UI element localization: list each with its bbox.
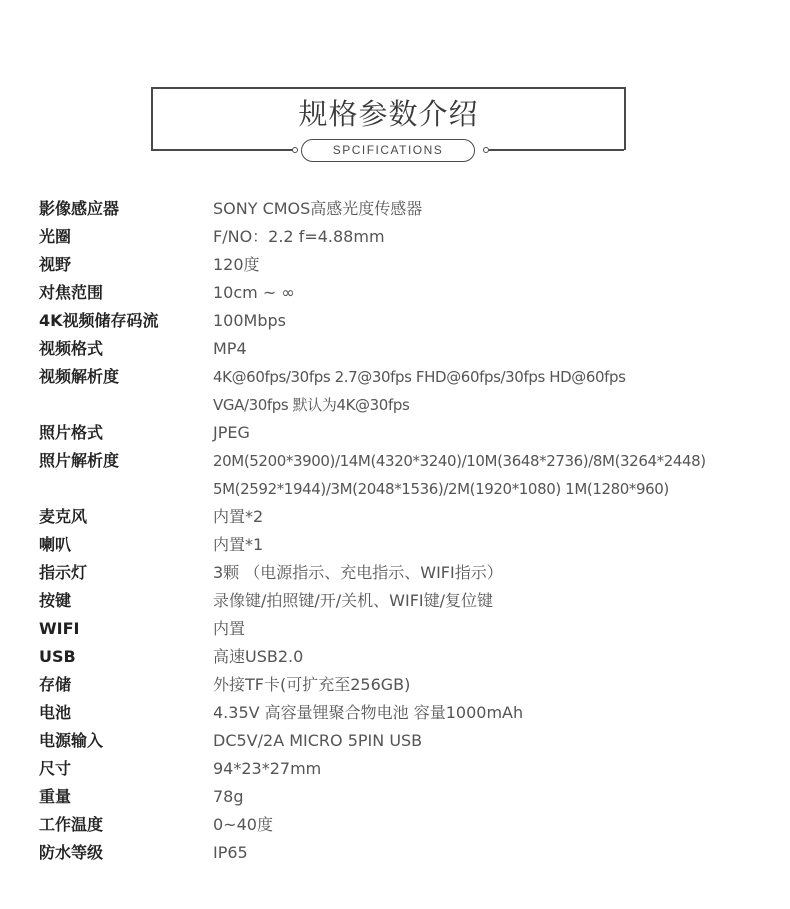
spec-value: F/NO：2.2 f=4.88mm — [213, 223, 779, 251]
spec-value-line: 100Mbps — [213, 307, 779, 335]
spec-row-video-format: 视频格式 MP4 — [39, 335, 779, 363]
spec-value: SONY CMOS高感光度传感器 — [213, 195, 779, 223]
spec-value-line: 内置*1 — [213, 531, 779, 559]
spec-label: 喇叭 — [39, 531, 213, 559]
spec-value-line: 4.35V 高容量锂聚合物电池 容量1000mAh — [213, 699, 779, 727]
spec-value: 10cm ~ ∞ — [213, 279, 779, 307]
spec-row-storage: 存储 外接TF卡(可扩充至256GB) — [39, 671, 779, 699]
spec-value: DC5V/2A MICRO 5PIN USB — [213, 727, 779, 755]
spec-table: 影像感应器 SONY CMOS高感光度传感器 光圈 F/NO：2.2 f=4.8… — [39, 195, 779, 867]
page-title: 规格参数介绍 — [151, 94, 626, 134]
spec-value: 0~40度 — [213, 811, 779, 839]
spec-value: 4.35V 高容量锂聚合物电池 容量1000mAh — [213, 699, 779, 727]
spec-value-line: 20M(5200*3900)/14M(4320*3240)/10M(3648*2… — [213, 447, 779, 475]
spec-label: WIFI — [39, 615, 213, 643]
spec-value: 录像键/拍照键/开/关机、WIFI键/复位键 — [213, 587, 779, 615]
divider-dot-left — [292, 147, 298, 153]
spec-row-weight: 重量 78g — [39, 783, 779, 811]
spec-row-indicator: 指示灯 3颗 （电源指示、充电指示、WIFI指示） — [39, 559, 779, 587]
spec-row-dimensions: 尺寸 94*23*27mm — [39, 755, 779, 783]
spec-row-buttons: 按键 录像键/拍照键/开/关机、WIFI键/复位键 — [39, 587, 779, 615]
spec-label: 麦克风 — [39, 503, 213, 531]
spec-value-line: 内置 — [213, 615, 779, 643]
spec-value-line: IP65 — [213, 839, 779, 867]
spec-row-microphone: 麦克风 内置*2 — [39, 503, 779, 531]
spec-value-line: 10cm ~ ∞ — [213, 279, 779, 307]
spec-value: 4K@60fps/30fps 2.7@30fps FHD@60fps/30fps… — [213, 363, 779, 419]
spec-row-operating-temp: 工作温度 0~40度 — [39, 811, 779, 839]
spec-label: 防水等级 — [39, 839, 213, 867]
spec-label: 工作温度 — [39, 811, 213, 839]
spec-value-line: 94*23*27mm — [213, 755, 779, 783]
spec-value: 内置*2 — [213, 503, 779, 531]
spec-label: 重量 — [39, 783, 213, 811]
spec-value-line: 5M(2592*1944)/3M(2048*1536)/2M(1920*1080… — [213, 475, 779, 503]
spec-value: 94*23*27mm — [213, 755, 779, 783]
spec-value-line: DC5V/2A MICRO 5PIN USB — [213, 727, 779, 755]
spec-value-line: 外接TF卡(可扩充至256GB) — [213, 671, 779, 699]
spec-value: 120度 — [213, 251, 779, 279]
spec-label: 指示灯 — [39, 559, 213, 587]
spec-value: 3颗 （电源指示、充电指示、WIFI指示） — [213, 559, 779, 587]
spec-value-line: 内置*2 — [213, 503, 779, 531]
spec-row-aperture: 光圈 F/NO：2.2 f=4.88mm — [39, 223, 779, 251]
spec-label: 照片格式 — [39, 419, 213, 447]
spec-value: 78g — [213, 783, 779, 811]
spec-label: 视野 — [39, 251, 213, 279]
spec-row-speaker: 喇叭 内置*1 — [39, 531, 779, 559]
spec-value-line: F/NO：2.2 f=4.88mm — [213, 223, 779, 251]
spec-value-line: 78g — [213, 783, 779, 811]
spec-row-power-input: 电源输入 DC5V/2A MICRO 5PIN USB — [39, 727, 779, 755]
spec-label: 电源输入 — [39, 727, 213, 755]
spec-value: JPEG — [213, 419, 779, 447]
spec-value-line: SONY CMOS高感光度传感器 — [213, 195, 779, 223]
spec-value: MP4 — [213, 335, 779, 363]
spec-value-line: MP4 — [213, 335, 779, 363]
spec-value: 高速USB2.0 — [213, 643, 779, 671]
spec-row-bitrate: 4K视频储存码流 100Mbps — [39, 307, 779, 335]
spec-label: 按键 — [39, 587, 213, 615]
spec-label: 视频解析度 — [39, 363, 213, 391]
spec-label: 4K视频储存码流 — [39, 307, 213, 335]
spec-value-line: 3颗 （电源指示、充电指示、WIFI指示） — [213, 559, 779, 587]
spec-value: 内置 — [213, 615, 779, 643]
divider-right — [489, 149, 624, 151]
spec-row-focus-range: 对焦范围 10cm ~ ∞ — [39, 279, 779, 307]
spec-label: 影像感应器 — [39, 195, 213, 223]
subtitle-badge: SPCIFICATIONS — [301, 139, 475, 162]
spec-row-waterproof: 防水等级 IP65 — [39, 839, 779, 867]
spec-row-sensor: 影像感应器 SONY CMOS高感光度传感器 — [39, 195, 779, 223]
spec-row-battery: 电池 4.35V 高容量锂聚合物电池 容量1000mAh — [39, 699, 779, 727]
spec-label: 视频格式 — [39, 335, 213, 363]
spec-value: IP65 — [213, 839, 779, 867]
spec-value-line: 0~40度 — [213, 811, 779, 839]
spec-label: 尺寸 — [39, 755, 213, 783]
spec-label: USB — [39, 643, 213, 671]
spec-value: 100Mbps — [213, 307, 779, 335]
spec-value-line: 120度 — [213, 251, 779, 279]
spec-row-usb: USB 高速USB2.0 — [39, 643, 779, 671]
spec-value: 内置*1 — [213, 531, 779, 559]
spec-value-line: 4K@60fps/30fps 2.7@30fps FHD@60fps/30fps… — [213, 363, 779, 391]
divider-left — [151, 149, 293, 151]
spec-row-photo-resolution: 照片解析度 20M(5200*3900)/14M(4320*3240)/10M(… — [39, 447, 779, 503]
spec-label: 光圈 — [39, 223, 213, 251]
spec-value-line: 高速USB2.0 — [213, 643, 779, 671]
spec-label: 对焦范围 — [39, 279, 213, 307]
spec-row-fov: 视野 120度 — [39, 251, 779, 279]
spec-value-line: JPEG — [213, 419, 779, 447]
spec-label: 照片解析度 — [39, 447, 213, 475]
spec-value: 外接TF卡(可扩充至256GB) — [213, 671, 779, 699]
spec-row-photo-format: 照片格式 JPEG — [39, 419, 779, 447]
spec-row-video-resolution: 视频解析度 4K@60fps/30fps 2.7@30fps FHD@60fps… — [39, 363, 779, 419]
spec-value-line: 录像键/拍照键/开/关机、WIFI键/复位键 — [213, 587, 779, 615]
spec-value: 20M(5200*3900)/14M(4320*3240)/10M(3648*2… — [213, 447, 779, 503]
spec-label: 电池 — [39, 699, 213, 727]
spec-value-line: VGA/30fps 默认为4K@30fps — [213, 391, 779, 419]
divider-dot-right — [483, 147, 489, 153]
spec-label: 存储 — [39, 671, 213, 699]
spec-row-wifi: WIFI 内置 — [39, 615, 779, 643]
